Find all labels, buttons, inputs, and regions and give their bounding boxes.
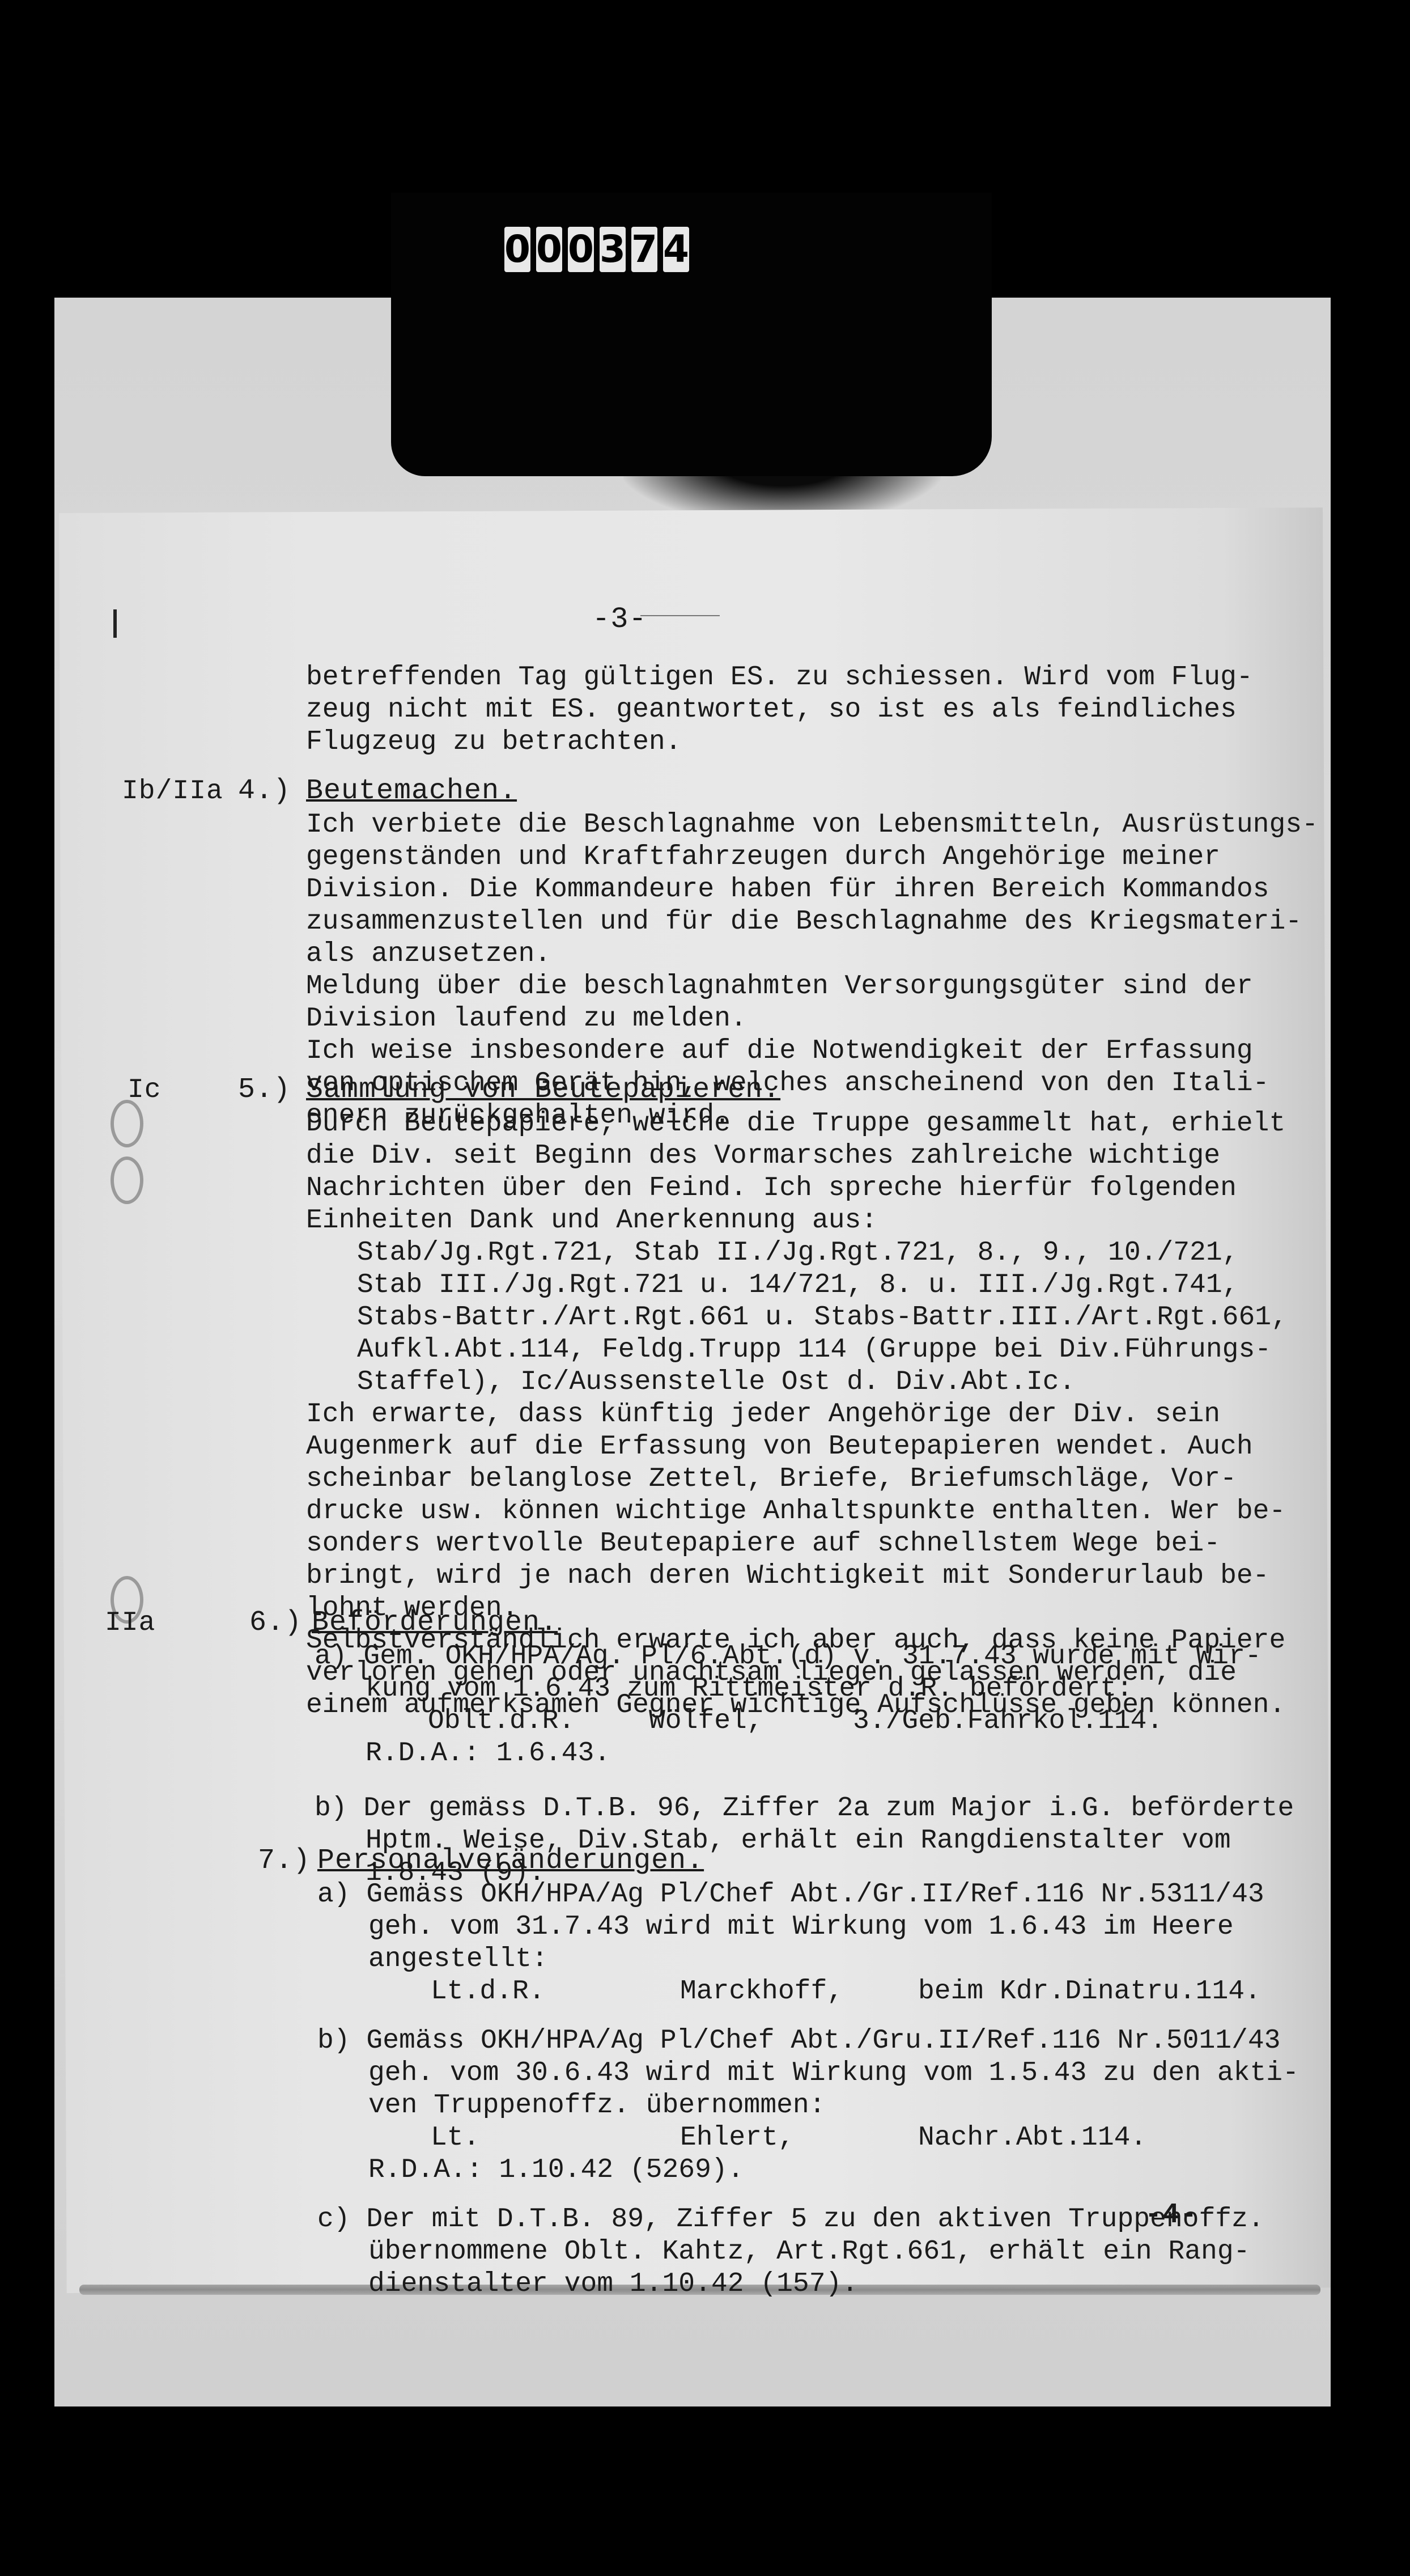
text-line: Durch Beutepapiere, welche die Truppe ge… bbox=[306, 1108, 1288, 1141]
section-number: 4.) bbox=[238, 776, 291, 807]
section-title: Personalveränderungen. bbox=[317, 1845, 704, 1877]
text-line: Division. Die Kommandeure haben für ihre… bbox=[306, 874, 1318, 906]
margin-mark bbox=[113, 609, 117, 638]
text-line: zusammenzustellen und für die Beschlagna… bbox=[306, 906, 1318, 939]
next-page-marker: -4- bbox=[1145, 2200, 1197, 2231]
text-line: scheinbar belanglose Zettel, Briefe, Bri… bbox=[306, 1464, 1288, 1496]
text-line: dienstalter vom 1.10.42 (157). bbox=[317, 2269, 1299, 2301]
text-line: zeug nicht mit ES. geantwortet, so ist e… bbox=[306, 694, 1253, 727]
text-line: Gemäss OKH/HPA/Ag Pl/Chef Abt./Gru.II/Re… bbox=[366, 2026, 1280, 2056]
person-rank: Lt. bbox=[431, 2122, 680, 2153]
text-line: Gemäss OKH/HPA/Ag Pl/Chef Abt./Gr.II/Ref… bbox=[366, 1879, 1264, 1910]
item-label: b) bbox=[315, 1793, 347, 1824]
section-number: 5.) bbox=[238, 1074, 291, 1106]
section-title: Beförderungen. bbox=[312, 1607, 558, 1639]
item-label: a) bbox=[315, 1641, 347, 1672]
text-line: Flugzeug zu betrachten. bbox=[306, 727, 1253, 759]
item-label: c) bbox=[317, 2204, 350, 2235]
section-number: 6.) bbox=[249, 1607, 302, 1639]
unit-line: Stabs-Battr./Art.Rgt.661 u. Stabs-Battr.… bbox=[306, 1302, 1288, 1334]
section-margin-note: IIa bbox=[105, 1607, 155, 1639]
person-rank: Lt.d.R. bbox=[431, 1976, 680, 2007]
text-line: Division laufend zu melden. bbox=[306, 1003, 1318, 1036]
intro-paragraph: betreffenden Tag gültigen ES. zu schiess… bbox=[306, 662, 1253, 759]
section-body: a) Gemäss OKH/HPA/Ag Pl/Chef Abt./Gr.II/… bbox=[317, 1879, 1299, 2301]
page-number: -3- bbox=[592, 604, 647, 635]
item-b: b) Gemäss OKH/HPA/Ag Pl/Chef Abt./Gru.II… bbox=[317, 2026, 1299, 2058]
punch-hole-circle bbox=[111, 1156, 143, 1204]
text-line: Nachrichten über den Feind. Ich spreche … bbox=[306, 1173, 1288, 1205]
text-line: als anzusetzen. bbox=[306, 939, 1318, 971]
person-name: Ehlert, bbox=[680, 2122, 918, 2153]
unit-line: Stab III./Jg.Rgt.721 u. 14/721, 8. u. II… bbox=[306, 1270, 1288, 1302]
text-line: angestellt: bbox=[317, 1944, 1299, 1976]
counter-digit: 0 bbox=[568, 227, 594, 272]
unit-line: Staffel), Ic/Aussenstelle Ost d. Div.Abt… bbox=[306, 1367, 1288, 1399]
person-unit: 3./Geb.Fahrkol.114. bbox=[853, 1706, 1163, 1736]
text-line: geh. vom 31.7.43 wird mit Wirkung vom 1.… bbox=[317, 1912, 1299, 1944]
unit-line: Aufkl.Abt.114, Feldg.Trupp 114 (Gruppe b… bbox=[306, 1334, 1288, 1367]
text-line: betreffenden Tag gültigen ES. zu schiess… bbox=[306, 662, 1253, 694]
person-unit: beim Kdr.Dinatru.114. bbox=[918, 1976, 1261, 2007]
item-label: b) bbox=[317, 2026, 350, 2056]
text-line: ven Truppenoffz. übernommen: bbox=[317, 2090, 1299, 2122]
item-a: a) Gemäss OKH/HPA/Ag Pl/Chef Abt./Gr.II/… bbox=[317, 1879, 1299, 1912]
counter-digit: 0 bbox=[536, 227, 562, 272]
item-b: b) Der gemäss D.T.B. 96, Ziffer 2a zum M… bbox=[315, 1793, 1294, 1825]
text-line: die Div. seit Beginn des Vormarsches zah… bbox=[306, 1141, 1288, 1173]
person-name: Marckhoff, bbox=[680, 1976, 918, 2007]
text-line: Ich erwarte, dass künftig jeder Angehöri… bbox=[306, 1399, 1288, 1431]
section-number: 7.) bbox=[258, 1845, 311, 1877]
person-row: Oblt.d.R.Wölfel,3./Geb.Fahrkol.114. bbox=[315, 1706, 1294, 1738]
text-line: Ich verbiete die Beschlagnahme von Leben… bbox=[306, 810, 1318, 842]
text-line: geh. vom 30.6.43 wird mit Wirkung vom 1.… bbox=[317, 2058, 1299, 2090]
section-title: Beutemachen. bbox=[306, 776, 517, 807]
unit-line: Stab/Jg.Rgt.721, Stab II./Jg.Rgt.721, 8.… bbox=[306, 1238, 1288, 1270]
text-line: Meldung über die beschlagnahmten Versorg… bbox=[306, 971, 1318, 1003]
text-line: bringt, wird je nach deren Wichtigkeit m… bbox=[306, 1561, 1288, 1593]
text-line: R.D.A.: 1.10.42 (5269). bbox=[317, 2155, 1299, 2187]
text-line: Der mit D.T.B. 89, Ziffer 5 zu den aktiv… bbox=[366, 2204, 1264, 2235]
text-line: Gem. OKH/HPA/Ag. Pl/6.Abt.(d) v. 31.7.43… bbox=[363, 1641, 1261, 1672]
frame-counter-device bbox=[391, 193, 992, 476]
person-name: Wölfel, bbox=[649, 1706, 853, 1736]
text-line: Der gemäss D.T.B. 96, Ziffer 2a zum Majo… bbox=[363, 1793, 1294, 1824]
text-line: kung vom 1.6.43 zum Rittmeister d.R. bef… bbox=[315, 1673, 1294, 1706]
person-unit: Nachr.Abt.114. bbox=[918, 2122, 1146, 2153]
text-line: drucke usw. können wichtige Anhaltspunkt… bbox=[306, 1496, 1288, 1528]
section-margin-note: Ib/IIa bbox=[122, 776, 223, 807]
counter-digit: 3 bbox=[600, 227, 626, 272]
person-rank: Oblt.d.R. bbox=[428, 1706, 649, 1736]
counter-digit: 0 bbox=[504, 227, 530, 272]
punch-hole-circle bbox=[111, 1100, 143, 1147]
section-title: Sammlung von Beutepapieren. bbox=[306, 1074, 780, 1106]
item-label: a) bbox=[317, 1879, 350, 1910]
frame-counter: 0 0 0 3 7 4 bbox=[504, 227, 689, 272]
text-line: R.D.A.: 1.6.43. bbox=[315, 1738, 1294, 1770]
text-line: Ich weise insbesondere auf die Notwendig… bbox=[306, 1036, 1318, 1068]
text-line: sonders wertvolle Beutepapiere auf schne… bbox=[306, 1528, 1288, 1561]
counter-digit: 4 bbox=[663, 227, 689, 272]
text-line: übernommene Oblt. Kahtz, Art.Rgt.661, er… bbox=[317, 2236, 1299, 2269]
page-number-rule bbox=[640, 615, 720, 616]
text-line: Einheiten Dank und Anerkennung aus: bbox=[306, 1205, 1288, 1238]
person-row: Lt.d.R.Marckhoff,beim Kdr.Dinatru.114. bbox=[317, 1976, 1299, 2009]
text-line: gegenständen und Kraftfahrzeugen durch A… bbox=[306, 842, 1318, 874]
person-row: Lt.Ehlert,Nachr.Abt.114. bbox=[317, 2122, 1299, 2155]
counter-digit: 7 bbox=[631, 227, 657, 272]
text-line: Augenmerk auf die Erfassung von Beutepap… bbox=[306, 1431, 1288, 1464]
item-a: a) Gem. OKH/HPA/Ag. Pl/6.Abt.(d) v. 31.7… bbox=[315, 1641, 1294, 1673]
